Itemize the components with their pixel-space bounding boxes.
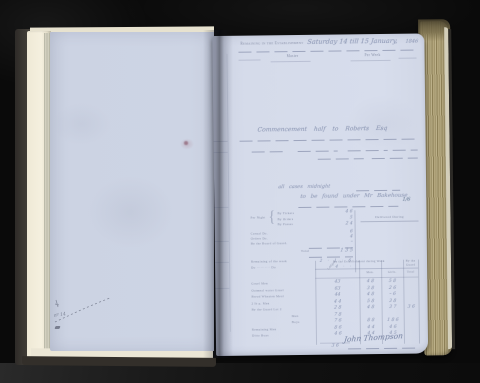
- background-bottom-band: [0, 363, 480, 383]
- total-label: Total: [301, 250, 309, 254]
- left-page: nº 14: [50, 32, 214, 351]
- cell-women: 2 6: [381, 286, 403, 291]
- rule: [318, 158, 364, 160]
- page-header: Remaining in the Establishment Saturday …: [240, 38, 418, 50]
- sub-row-label: By Passes: [278, 223, 294, 227]
- table-rule: [418, 260, 420, 344]
- rule: [252, 151, 288, 152]
- rule: [399, 58, 417, 59]
- row-label: By the Guard Lot 2: [252, 308, 282, 312]
- cell-women: – 6: [381, 293, 403, 298]
- total-mark: 3 6: [322, 344, 348, 349]
- rule: [298, 151, 338, 152]
- row-label: Remaining Men: [252, 328, 277, 332]
- row-value: –: [339, 240, 353, 245]
- entry-line-2: all cases midnight: [278, 185, 331, 191]
- cell-lodged: 63: [325, 287, 349, 292]
- cell-lodged: 8 6: [326, 326, 350, 331]
- table-rule: [315, 261, 317, 345]
- rule: [239, 59, 261, 60]
- lower-table: By the Establishment during Week By the …: [251, 260, 420, 356]
- cell-men: 4 4: [360, 325, 382, 330]
- row-label: Men: [292, 315, 299, 318]
- cell-men: 5 8: [359, 299, 381, 304]
- ink-stain: [184, 141, 188, 145]
- sub-row-value: 5: [338, 216, 352, 221]
- cell-men: 4 8: [359, 293, 381, 298]
- rule: [298, 206, 398, 208]
- row-label: Ditto Boys: [252, 334, 269, 338]
- header-rule: [238, 50, 416, 53]
- cell-lodged: 44: [325, 293, 349, 298]
- signature-flourish: [348, 348, 420, 350]
- row-label: By the Board of Guard.: [251, 242, 288, 246]
- cell-women: 3 8: [381, 299, 403, 304]
- cell-lodged: 4 4: [325, 300, 349, 305]
- pencil-scribble: [52, 282, 116, 332]
- cell-women: 3 7: [381, 306, 403, 311]
- rule: [271, 61, 311, 62]
- header-printed-title: Remaining in the Establishment: [240, 42, 303, 47]
- sub-row-value: 2 4: [338, 222, 352, 227]
- rule: [348, 150, 388, 151]
- right-book-assembly: Remaining in the Establishment Saturday …: [210, 19, 458, 364]
- entry-line-1: Commencement half to Roberts Esq: [257, 126, 387, 134]
- cell-men: 8 8: [360, 319, 382, 324]
- cell-lodged: 7 8: [325, 313, 349, 318]
- cell-lodged: 2 8: [325, 306, 349, 311]
- signature: John Thompson: [344, 332, 404, 343]
- col-header-total: Total: [403, 271, 418, 274]
- side-label: Delivered During: [360, 216, 418, 222]
- row-label: 2 lb p. Men: [252, 302, 270, 306]
- header-written-date: Saturday 14 till 15 January,: [307, 38, 402, 46]
- cell-women: 4 6: [382, 325, 404, 330]
- cell-men: 4 8: [359, 280, 381, 285]
- rule: [393, 150, 418, 151]
- group-label: Per Night: [250, 216, 268, 220]
- cell-men: 4 8: [359, 306, 381, 311]
- cell-lodged: 7 6: [326, 319, 350, 324]
- total-value: 1 3 5: [333, 248, 354, 253]
- cell-women: 1 8 6: [382, 319, 404, 324]
- cell-women: 5 8: [381, 280, 403, 285]
- header-year: 1846: [405, 40, 418, 45]
- right-header: By the Guard: [403, 260, 418, 267]
- column-label-right: Per Week: [352, 54, 392, 58]
- rule: [240, 139, 418, 142]
- gutter-shadow: [203, 30, 233, 358]
- row-label: Oatmeal water Gruel: [251, 289, 283, 293]
- sub-row-label: By Tickets: [277, 212, 294, 216]
- row-label: Bread Wheaten Meal: [251, 295, 283, 299]
- col-header-women: Girls.: [381, 271, 403, 274]
- row-label: Gruel Men: [251, 282, 268, 286]
- col-header-men: Men.: [359, 271, 381, 274]
- sub-row-value: 4 6: [338, 210, 352, 215]
- rule: [356, 190, 400, 192]
- entry-amount: 1/6: [402, 198, 411, 203]
- cell-lodged: 43: [325, 280, 349, 285]
- row-label: Boys: [292, 321, 300, 324]
- rule: [372, 158, 418, 160]
- cell-extra: 3 6: [403, 306, 418, 311]
- brace: {: [268, 210, 275, 227]
- column-label-left: Master: [273, 55, 313, 59]
- photographed-ledger-scene: nº 14 Remaining in the Establishment Sat…: [0, 0, 480, 383]
- right-page: Remaining in the Establishment Saturday …: [212, 33, 428, 356]
- entry-line-3: to be found under Mr Bakehouse: [300, 194, 408, 201]
- rule: [351, 60, 391, 61]
- bottom-cover-edge: [22, 356, 216, 367]
- cell-men: 3 8: [359, 286, 381, 291]
- sub-row-label: By Orders: [277, 218, 293, 222]
